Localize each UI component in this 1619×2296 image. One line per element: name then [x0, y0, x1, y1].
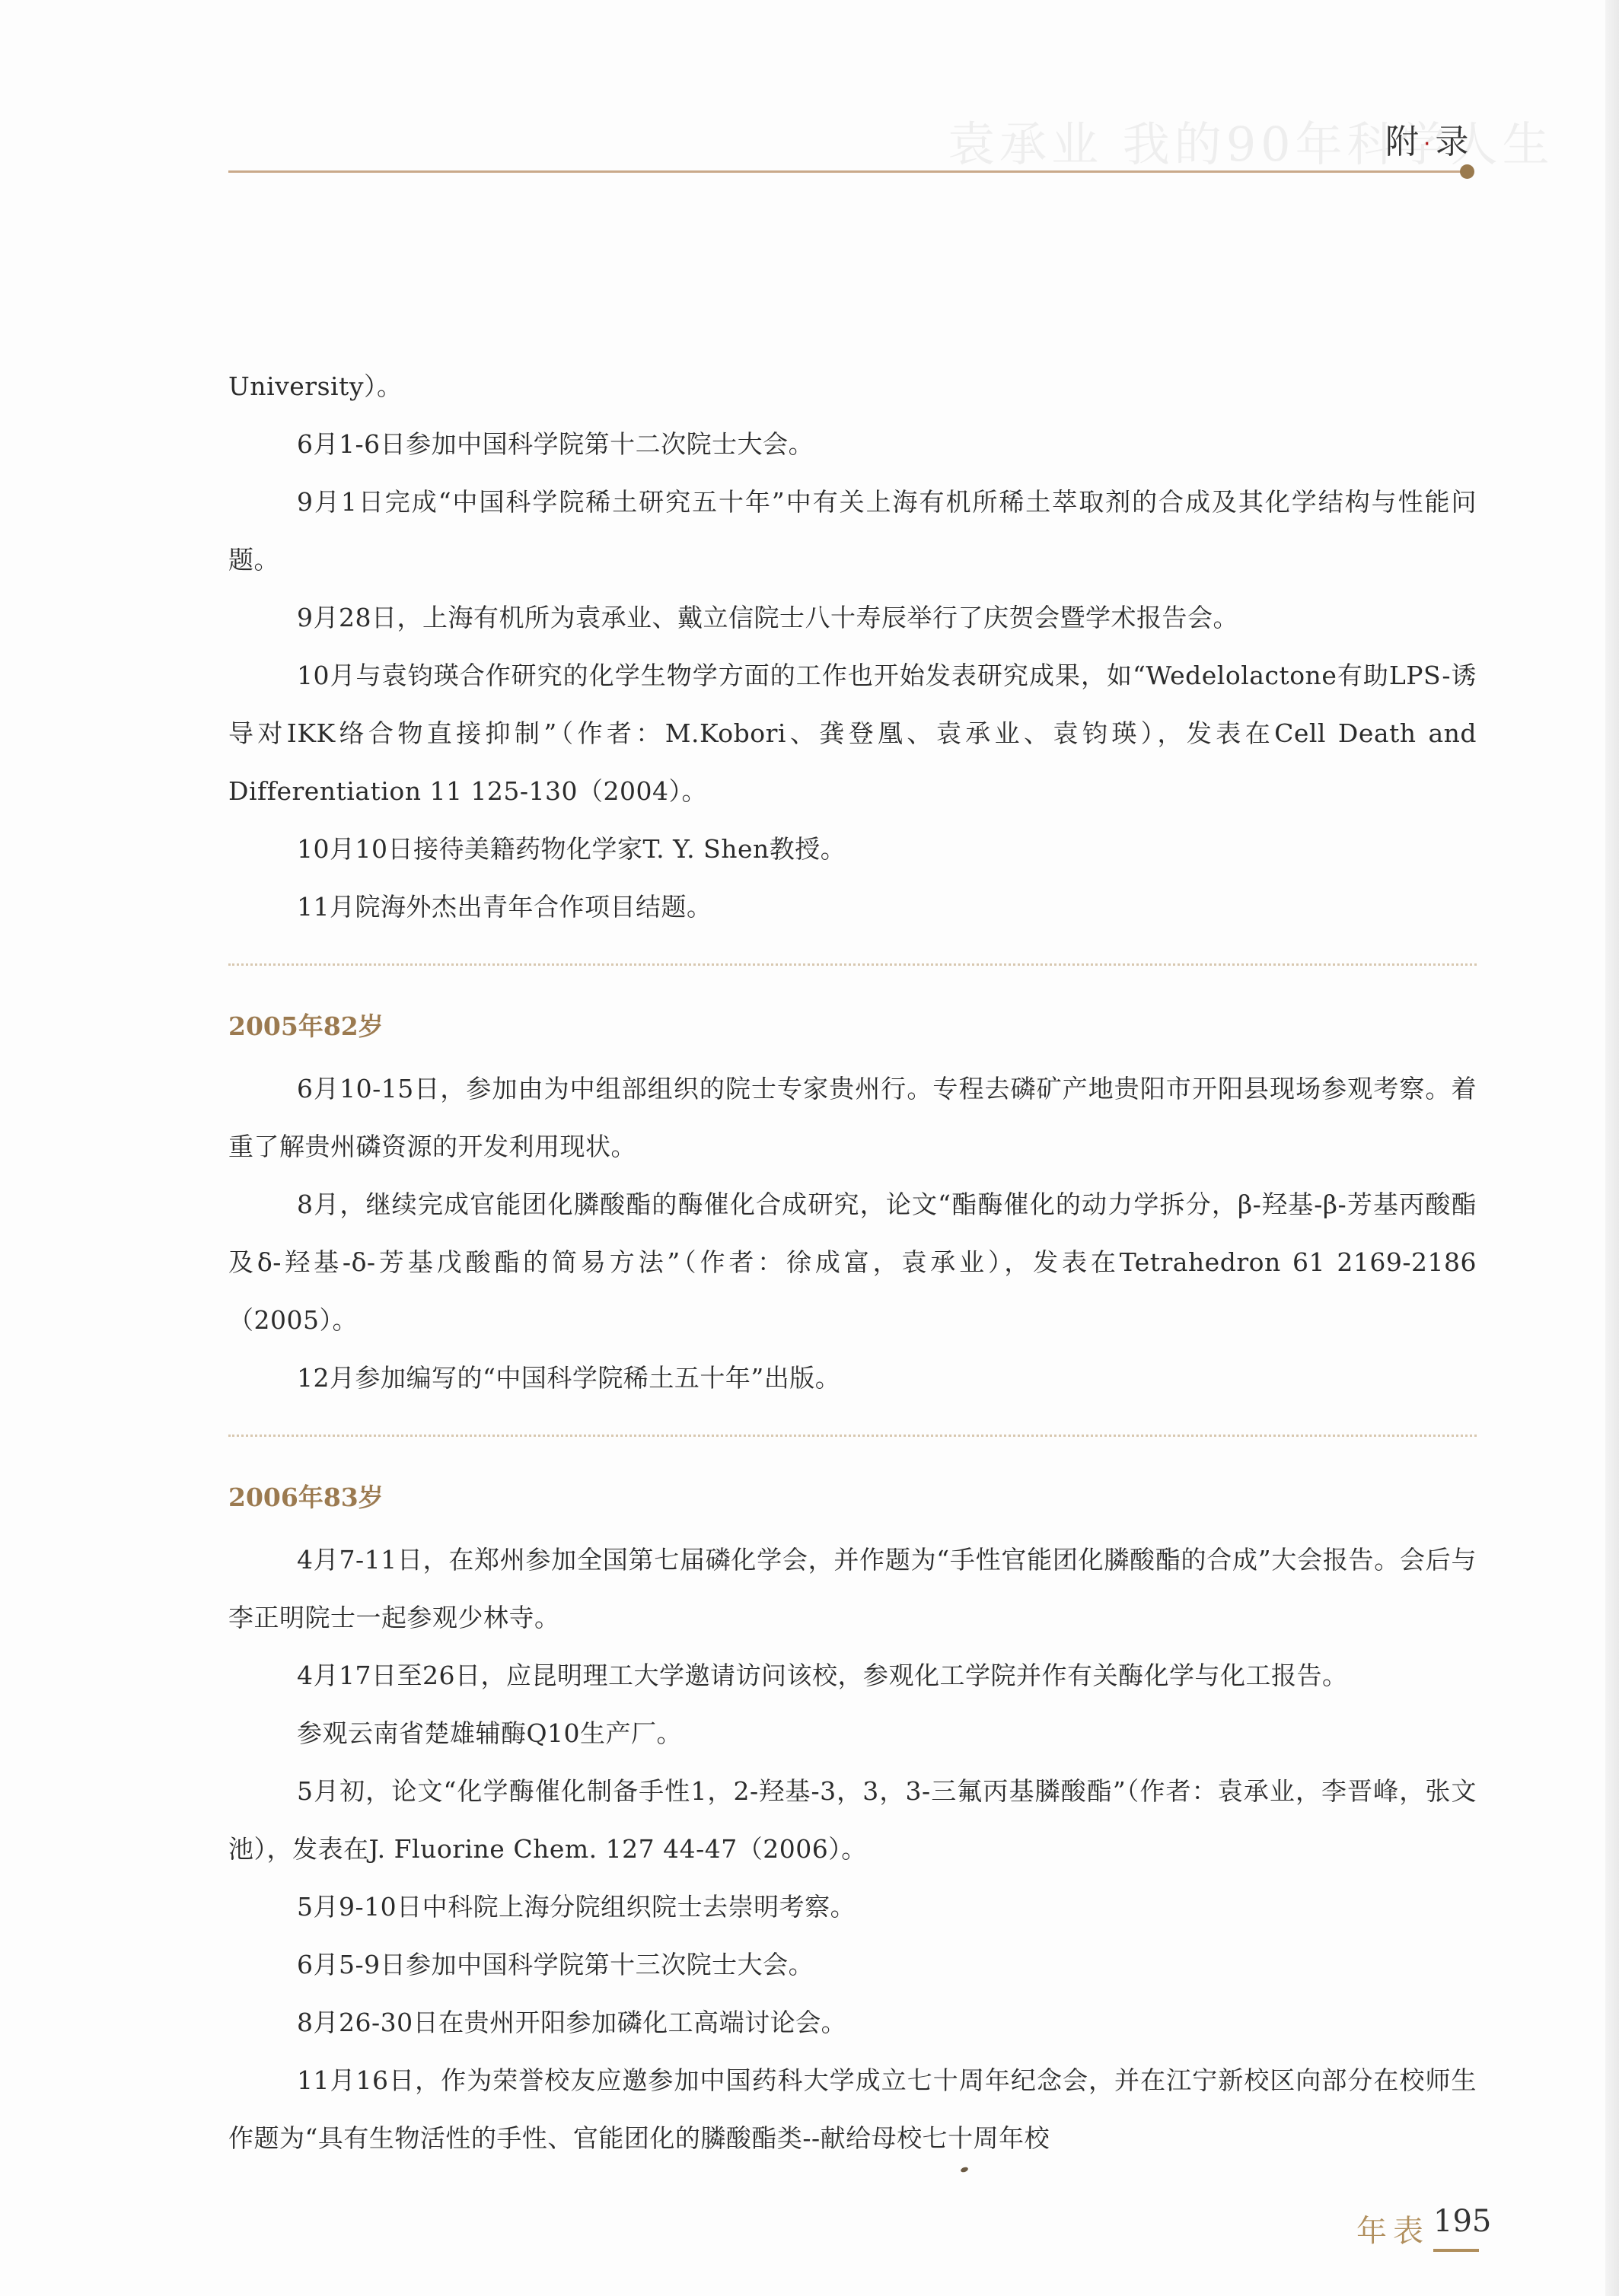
page-number: 195	[1433, 2204, 1491, 2239]
entry-2006-5: 5月9-10日中科院上海分院组织院士去崇明考察。	[228, 1878, 1477, 1936]
header-label-right: 录	[1436, 123, 1471, 161]
entry-2006-4: 5月初，论文“化学酶催化制备手性1，2-羟基-3，3，3-三氟丙基膦酸酯”（作者…	[228, 1763, 1477, 1878]
year-heading: 2005年82岁	[228, 1004, 1477, 1049]
entry-2004-3: 9月28日，上海有机所为袁承业、戴立信院士八十寿辰举行了庆贺会暨学术报告会。	[228, 589, 1477, 647]
entry-2004-2: 9月1日完成“中国科学院稀土研究五十年”中有关上海有机所稀土萃取剂的合成及其化学…	[228, 473, 1477, 589]
header-label-left: 附	[1385, 123, 1420, 161]
header-rule	[228, 170, 1465, 173]
running-header: 附·录	[1385, 114, 1471, 163]
entry-2006-3: 参观云南省楚雄辅酶Q10生产厂。	[228, 1705, 1477, 1763]
header-rule-end-dot-icon	[1460, 164, 1474, 179]
section-divider	[228, 1435, 1477, 1437]
entry-2004-1: 6月1-6日参加中国科学院第十二次院士大会。	[228, 416, 1477, 473]
entry-2004-4: 10月与袁钧瑛合作研究的化学生物学方面的工作也开始发表研究成果，如“Wedelo…	[228, 647, 1477, 820]
year-section-2005: 2005年82岁 6月10-15日，参加由为中组部组织的院士专家贵州行。专程去磷…	[228, 1004, 1477, 1407]
footer-section-label: 年表	[1356, 2207, 1429, 2250]
year-section-2006: 2006年83岁 4月7-11日，在郑州参加全国第七届磷化学会，并作题为“手性官…	[228, 1475, 1477, 2167]
year-heading: 2006年83岁	[228, 1475, 1477, 1521]
entry-2004-6: 11月院海外杰出青年合作项目结题。	[228, 878, 1477, 936]
entry-2006-8: 11月16日，作为荣誉校友应邀参加中国药科大学成立七十周年纪念会，并在江宁新校区…	[228, 2052, 1477, 2167]
entry-2006-2: 4月17日至26日，应昆明理工大学邀请访问该校，参观化工学院并作有关酶化学与化工…	[228, 1647, 1477, 1705]
entry-2006-6: 6月5-9日参加中国科学院第十三次院士大会。	[228, 1936, 1477, 1994]
entry-2005-3: 12月参加编写的“中国科学院稀土五十年”出版。	[228, 1349, 1477, 1407]
entry-2006-7: 8月26-30日在贵州开阳参加磷化工高端讨论会。	[228, 1994, 1477, 2052]
page-number-underline	[1433, 2249, 1479, 2252]
header-dot-icon: ·	[1423, 131, 1433, 158]
page-edge-shadow	[1605, 0, 1619, 2296]
page-content: University）。 6月1-6日参加中国科学院第十二次院士大会。 9月1日…	[228, 358, 1477, 2167]
entry-2006-1: 4月7-11日，在郑州参加全国第七届磷化学会，并作题为“手性官能团化膦酸酯的合成…	[228, 1531, 1477, 1647]
entry-2004-5: 10月10日接待美籍药物化学家T. Y. Shen教授。	[228, 820, 1477, 878]
section-divider	[228, 963, 1477, 966]
continuation-text: University）。	[228, 358, 1477, 416]
entry-2005-2: 8月，继续完成官能团化膦酸酯的酶催化合成研究，论文“酯酶催化的动力学拆分，β-羟…	[228, 1176, 1477, 1349]
entry-2005-1: 6月10-15日，参加由为中组部组织的院士专家贵州行。专程去磷矿产地贵阳市开阳县…	[228, 1060, 1477, 1176]
